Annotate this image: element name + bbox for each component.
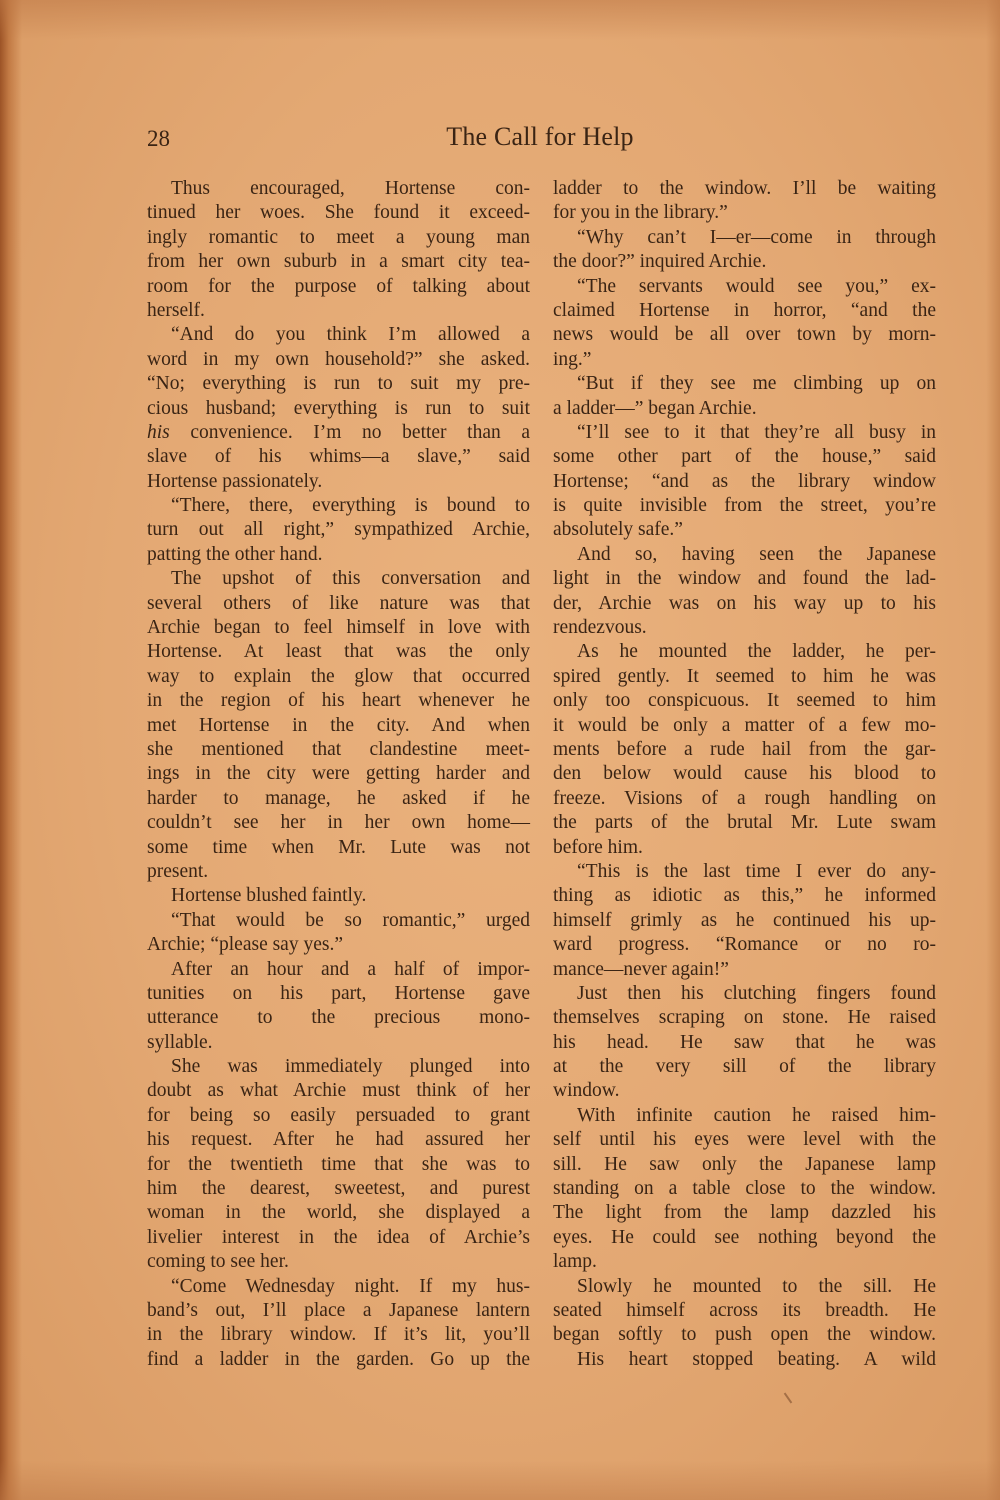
text-line: His heart stopped beating. A wild	[553, 1348, 936, 1372]
text-line: turn out all right,” sympathized Archie,	[147, 518, 530, 542]
text-line: from her own suburb in a smart city tea-	[147, 250, 530, 274]
text-line: ward progress. “Romance or no ro-	[553, 933, 936, 957]
text-line: Hortense; “and as the library window	[553, 470, 936, 494]
text-line: “And do you think I’m allowed a	[147, 323, 530, 347]
text-line: freeze. Visions of a rough handling on	[553, 787, 936, 811]
text-line: before him.	[553, 836, 936, 860]
text-line: absolutely safe.”	[553, 518, 936, 542]
text-line: “Come Wednesday night. If my hus-	[147, 1275, 530, 1299]
text-line: “But if they see me climbing up on	[553, 372, 936, 396]
text-line: began softly to push open the window.	[553, 1323, 936, 1347]
text-line: syllable.	[147, 1031, 530, 1055]
text-line: The upshot of this conversation and	[147, 567, 530, 591]
text-line: eyes. He could see nothing beyond the	[553, 1226, 936, 1250]
page-edge-shadow	[986, 0, 1000, 1500]
text-line: “That would be so romantic,” urged	[147, 909, 530, 933]
text-line: “There, there, everything is bound to	[147, 494, 530, 518]
text-line: light in the window and found the lad-	[553, 567, 936, 591]
text-line: coming to see her.	[147, 1250, 530, 1274]
text-line: ladder to the window. I’ll be waiting	[553, 177, 936, 201]
text-line: “I’ll see to it that they’re all busy in	[553, 421, 936, 445]
text-line: met Hortense in the city. And when	[147, 714, 530, 738]
text-line: for the twentieth time that she was to	[147, 1153, 530, 1177]
text-line: Slowly he mounted to the sill. He	[553, 1275, 936, 1299]
text-line: find a ladder in the garden. Go up the	[147, 1348, 530, 1372]
text-line: ingly romantic to meet a young man	[147, 226, 530, 250]
text-line: patting the other hand.	[147, 543, 530, 567]
text-line: “This is the last time I ever do any-	[553, 860, 936, 884]
text-line: him the dearest, sweetest, and purest	[147, 1177, 530, 1201]
text-line: And so, having seen the Japanese	[553, 543, 936, 567]
text-line: word in my own household?” she asked.	[147, 348, 530, 372]
text-line: in the library window. If it’s lit, you’…	[147, 1323, 530, 1347]
text-line: seated himself across its breadth. He	[553, 1299, 936, 1323]
text-line: way to explain the glow that occurred	[147, 665, 530, 689]
text-line: the parts of the brutal Mr. Lute swam	[553, 811, 936, 835]
book-page: 28 The Call for Help Thus encouraged, Ho…	[0, 0, 1000, 1500]
text-line: Just then his clutching fingers found	[553, 982, 936, 1006]
text-line: ings in the city were getting harder and	[147, 762, 530, 786]
text-line: standing on a table close to the window.	[553, 1177, 936, 1201]
text-line: “The servants would see you,” ex-	[553, 275, 936, 299]
text-line: his convenience. I’m no better than a	[147, 421, 530, 445]
text-line: “No; everything is run to suit my pre-	[147, 372, 530, 396]
text-line: As he mounted the ladder, he per-	[553, 640, 936, 664]
text-line: utterance to the precious mono-	[147, 1006, 530, 1030]
text-line: band’s out, I’ll place a Japanese lanter…	[147, 1299, 530, 1323]
running-title: The Call for Help	[147, 122, 933, 152]
text-line: tunities on his part, Hortense gave	[147, 982, 530, 1006]
text-line: themselves scraping on stone. He raised	[553, 1006, 936, 1030]
text-line: several others of like nature was that	[147, 592, 530, 616]
text-line: for being so easily persuaded to grant	[147, 1104, 530, 1128]
text-line: only too conspicuous. It seemed to him	[553, 689, 936, 713]
text-line: herself.	[147, 299, 530, 323]
text-line: mance—never again!”	[553, 958, 936, 982]
text-line: window.	[553, 1079, 936, 1103]
text-line: “Why can’t I—er—come in through	[553, 226, 936, 250]
text-line: she mentioned that clandestine meet-	[147, 738, 530, 762]
text-line: self until his eyes were level with the	[553, 1128, 936, 1152]
text-line: for you in the library.”	[553, 201, 936, 225]
text-column-left: Thus encouraged, Hortense con-tinued her…	[147, 177, 530, 1372]
text-line: a ladder—” began Archie.	[553, 397, 936, 421]
text-line: der, Archie was on his way up to his	[553, 592, 936, 616]
text-line: room for the purpose of talking about	[147, 275, 530, 299]
text-line: his request. After he had assured her	[147, 1128, 530, 1152]
text-line: some other part of the house,” said	[553, 445, 936, 469]
text-line: With infinite caution he raised him-	[553, 1104, 936, 1128]
text-line: news would be all over town by morn-	[553, 323, 936, 347]
text-line: claimed Hortense in horror, “and the	[553, 299, 936, 323]
text-line: spired gently. It seemed to him he was	[553, 665, 936, 689]
text-line: present.	[147, 860, 530, 884]
text-line: it would be only a matter of a few mo-	[553, 714, 936, 738]
text-line: Thus encouraged, Hortense con-	[147, 177, 530, 201]
text-line: the door?” inquired Archie.	[553, 250, 936, 274]
page-header: 28 The Call for Help	[147, 122, 933, 162]
text-line: She was immediately plunged into	[147, 1055, 530, 1079]
text-line: ing.”	[553, 348, 936, 372]
text-line: ments before a rude hail from the gar-	[553, 738, 936, 762]
text-line: is quite invisible from the street, you’…	[553, 494, 936, 518]
text-column-right: ladder to the window. I’ll be waitingfor…	[553, 177, 936, 1372]
text-line: couldn’t see her in her own home—	[147, 811, 530, 835]
text-line: thing as idiotic as this,” he informed	[553, 884, 936, 908]
text-line: harder to manage, he asked if he	[147, 787, 530, 811]
text-line: cious husband; everything is run to suit	[147, 397, 530, 421]
page-binding-shadow	[0, 0, 22, 1500]
text-line: Hortense blushed faintly.	[147, 884, 530, 908]
text-line: The light from the lamp dazzled his	[553, 1201, 936, 1225]
text-line: in the region of his heart whenever he	[147, 689, 530, 713]
text-line: his head. He saw that he was	[553, 1031, 936, 1055]
text-line: Archie began to feel himself in love wit…	[147, 616, 530, 640]
paper-speck	[784, 1393, 793, 1404]
text-line: tinued her woes. She found it exceed-	[147, 201, 530, 225]
text-line: at the very sill of the library	[553, 1055, 936, 1079]
page-bottom-shadow	[0, 1460, 1000, 1500]
text-line: lamp.	[553, 1250, 936, 1274]
text-line: After an hour and a half of impor-	[147, 958, 530, 982]
text-line: Hortense passionately.	[147, 470, 530, 494]
text-line: some time when Mr. Lute was not	[147, 836, 530, 860]
page-top-shadow	[0, 0, 1000, 40]
text-line: himself grimly as he continued his up-	[553, 909, 936, 933]
text-line: woman in the world, she displayed a	[147, 1201, 530, 1225]
text-line: Archie; “please say yes.”	[147, 933, 530, 957]
text-line: rendezvous.	[553, 616, 936, 640]
text-line: slave of his whims—a slave,” said	[147, 445, 530, 469]
text-line: sill. He saw only the Japanese lamp	[553, 1153, 936, 1177]
text-line: Hortense. At least that was the only	[147, 640, 530, 664]
text-line: livelier interest in the idea of Archie’…	[147, 1226, 530, 1250]
text-line: den below would cause his blood to	[553, 762, 936, 786]
text-line: doubt as what Archie must think of her	[147, 1079, 530, 1103]
